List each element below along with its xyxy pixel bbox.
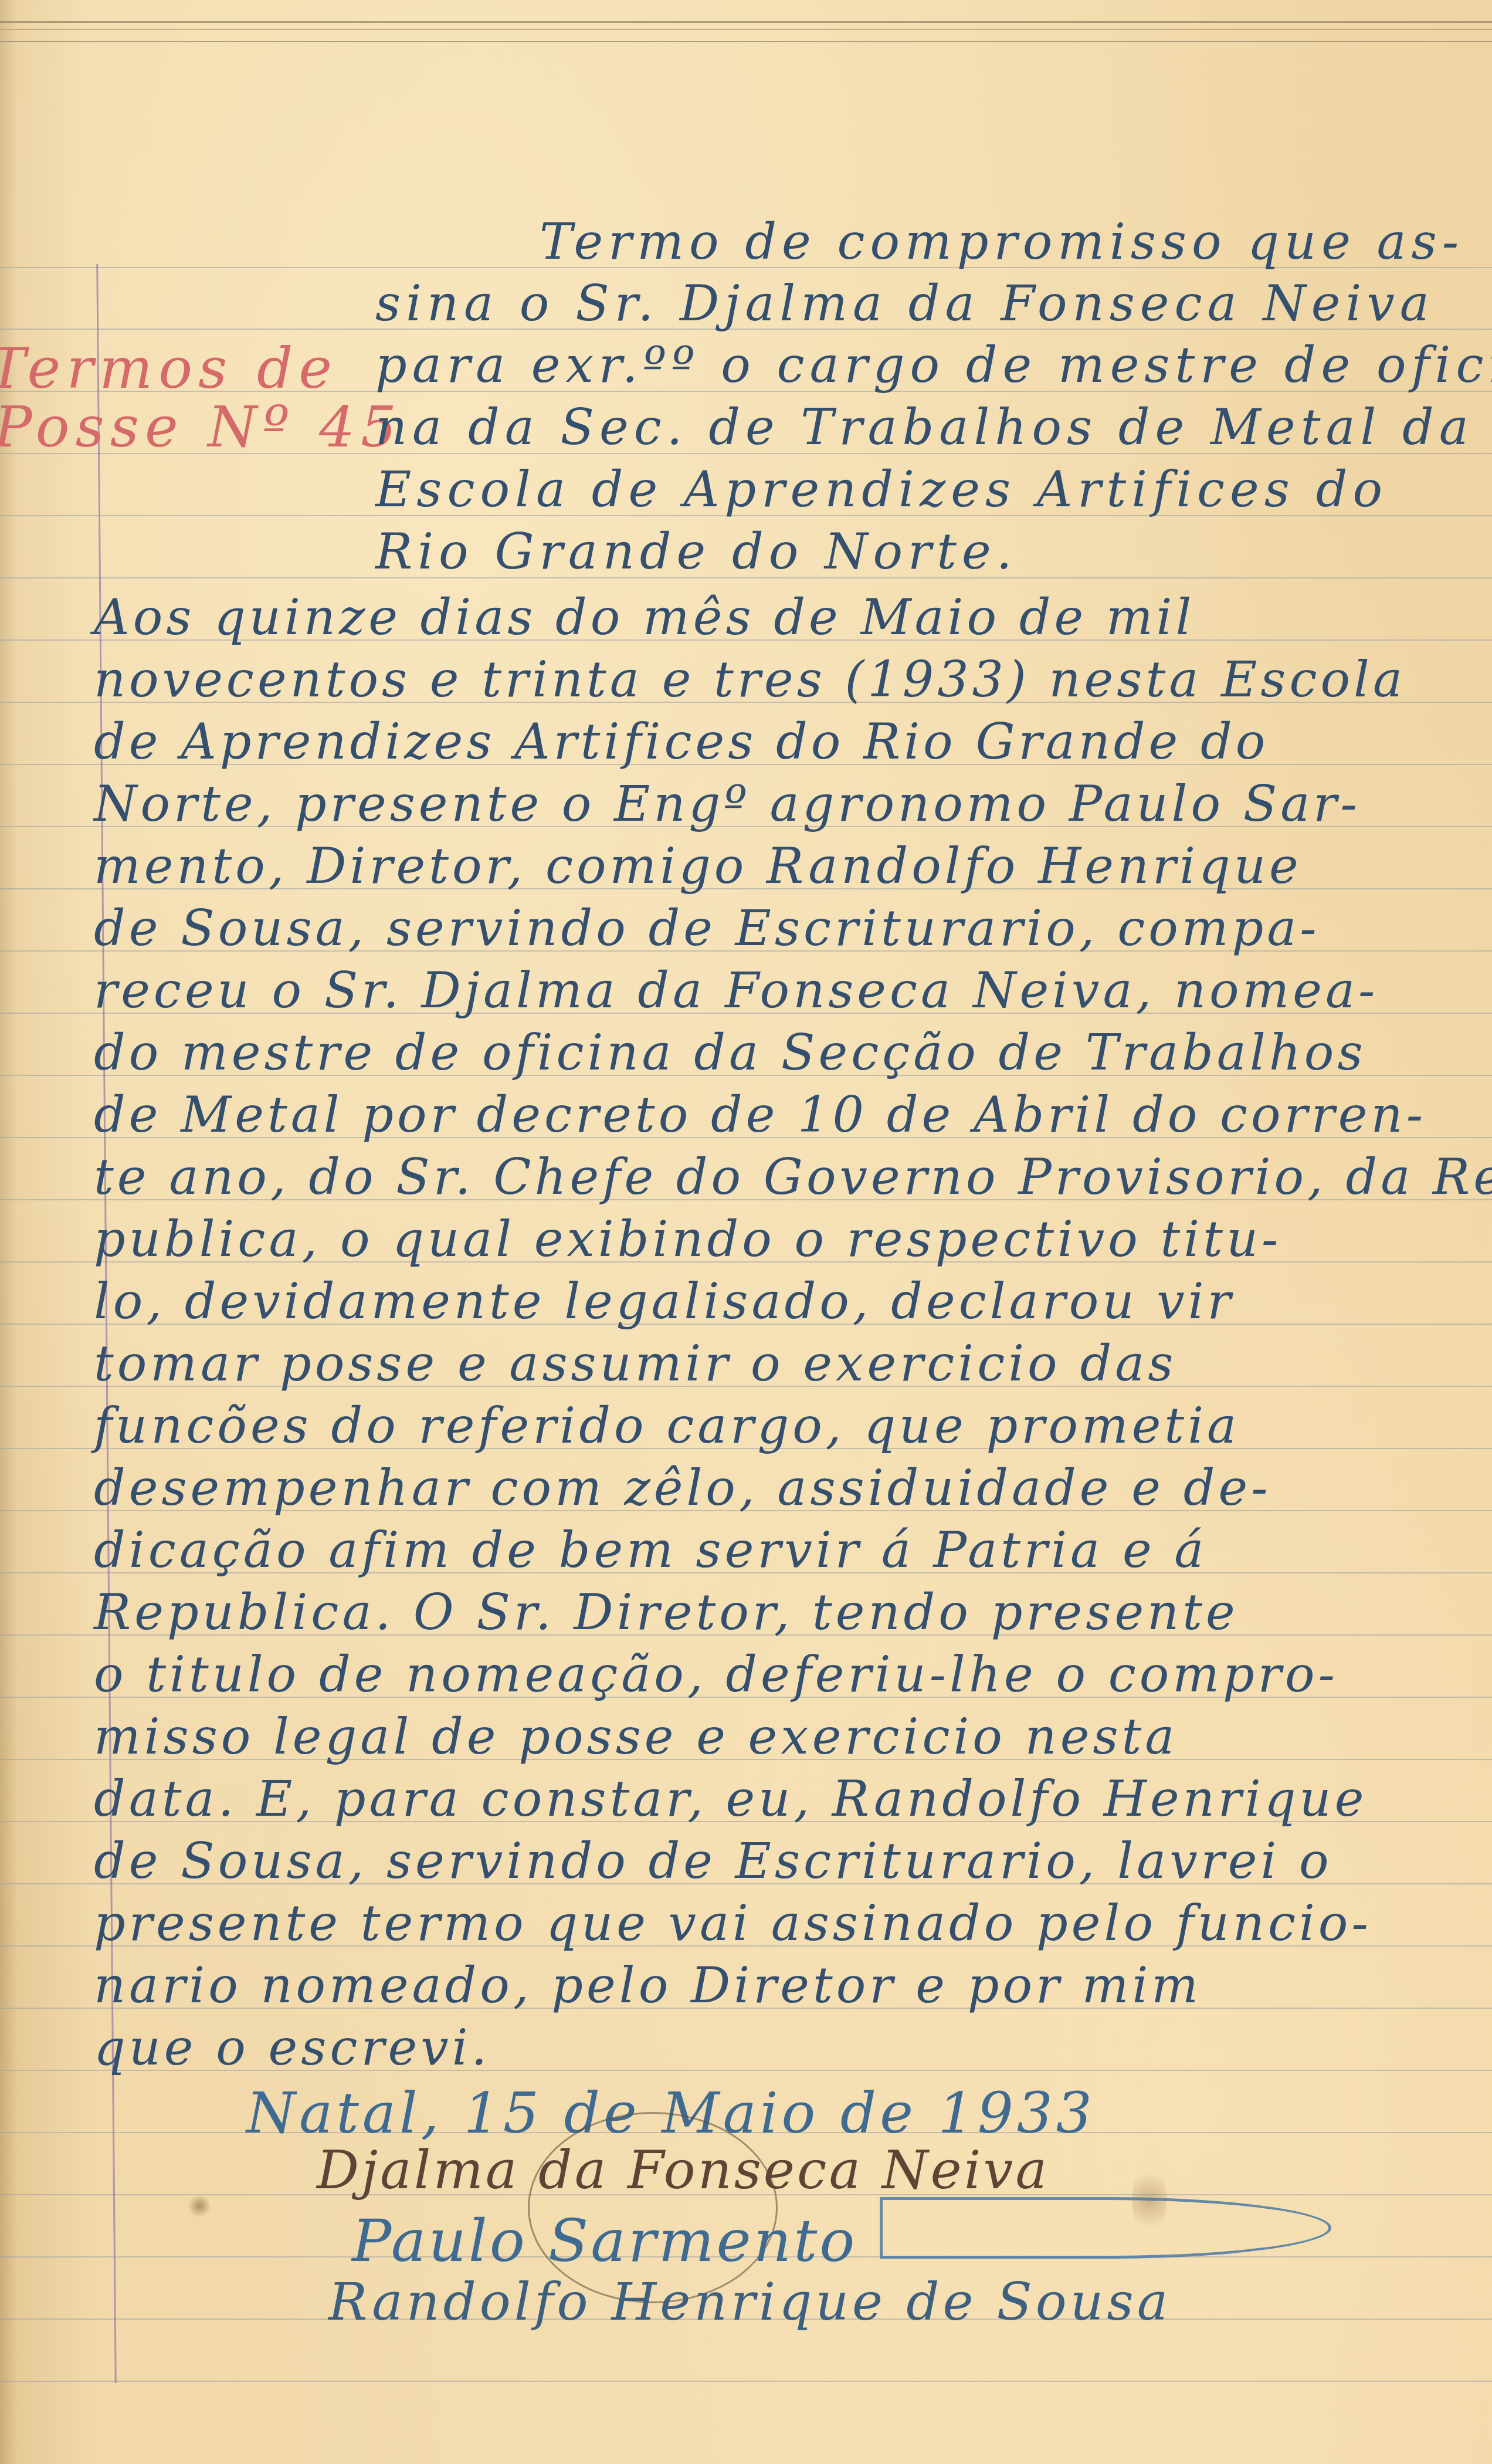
heading-line: na da Sec. de Trabalhos de Metal da: [375, 402, 1474, 452]
body-line: publica, o qual exibindo o respectivo ti…: [94, 1214, 1281, 1264]
body-line: de Sousa, servindo de Escriturario, lavr…: [94, 1836, 1332, 1886]
body-line: do mestre de oficina da Secção de Trabal…: [94, 1028, 1366, 1077]
body-line: nario nomeado, pelo Diretor e por mim: [94, 1961, 1202, 2010]
heading-line: Rio Grande do Norte.: [375, 527, 1017, 576]
body-line: Norte, presente o Engº agronomo Paulo Sa…: [94, 779, 1361, 828]
body-line: mento, Diretor, comigo Randolfo Henrique: [94, 841, 1302, 891]
body-line: presente termo que vai assinado pelo fun…: [94, 1898, 1372, 1948]
body-line: tomar posse e assumir o exercicio das: [94, 1339, 1176, 1388]
body-line: de Metal por decreto de 10 de Abril do c…: [94, 1090, 1426, 1139]
heading-line: Termo de compromisso que as-: [540, 217, 1464, 266]
body-line: que o escrevi.: [94, 2023, 490, 2072]
body-line: misso legal de posse e exercicio nesta: [94, 1712, 1178, 1761]
body-line: receu o Sr. Djalma da Fonseca Neiva, nom…: [94, 966, 1378, 1015]
heading-line: para exr.ºº o cargo de mestre de ofici-: [375, 340, 1492, 390]
body-line: funcões do referido cargo, que prometia: [94, 1401, 1240, 1450]
body-line: te ano, do Sr. Chefe do Governo Provisor…: [94, 1152, 1492, 1201]
margin-note-line1: Termos de: [0, 340, 338, 397]
body-line: Aos quinze dias do mês de Maio de mil: [94, 593, 1195, 642]
body-line: novecentos e trinta e tres (1933) nesta …: [94, 655, 1406, 704]
page-top-edge: [0, 21, 1492, 30]
body-line: data. E, para constar, eu, Randolfo Henr…: [94, 1774, 1367, 1823]
heading-line: Escola de Aprendizes Artifices do: [375, 465, 1388, 514]
body-line: Republica. O Sr. Diretor, tendo presente: [94, 1588, 1239, 1637]
ledger-page: Termos de Posse Nº 45 Termo de compromis…: [0, 0, 1492, 2464]
body-line: o titulo de nomeação, deferiu-lhe o comp…: [94, 1650, 1338, 1699]
body-line: desempenhar com zêlo, assiduidade e de-: [94, 1463, 1271, 1512]
ink-spot: [188, 2194, 211, 2218]
ruled-line: [0, 2381, 1492, 2382]
signature-director: Paulo Sarmento: [352, 2212, 857, 2270]
margin-note-line2: Posse Nº 45: [0, 399, 402, 455]
page-top-rule: [0, 41, 1492, 42]
signature-flourish: [880, 2197, 1331, 2259]
body-line: de Aprendizes Artifices do Rio Grande do: [94, 717, 1269, 766]
heading-line: sina o Sr. Djalma da Fonseca Neiva: [375, 279, 1435, 328]
body-line: dicação afim de bem servir á Patria e á: [94, 1525, 1207, 1575]
signature-clerk: Randolfo Henrique de Sousa: [328, 2276, 1171, 2328]
body-line: lo, devidamente legalisado, declarou vir: [94, 1277, 1235, 1326]
body-line: de Sousa, servindo de Escriturario, comp…: [94, 903, 1320, 953]
